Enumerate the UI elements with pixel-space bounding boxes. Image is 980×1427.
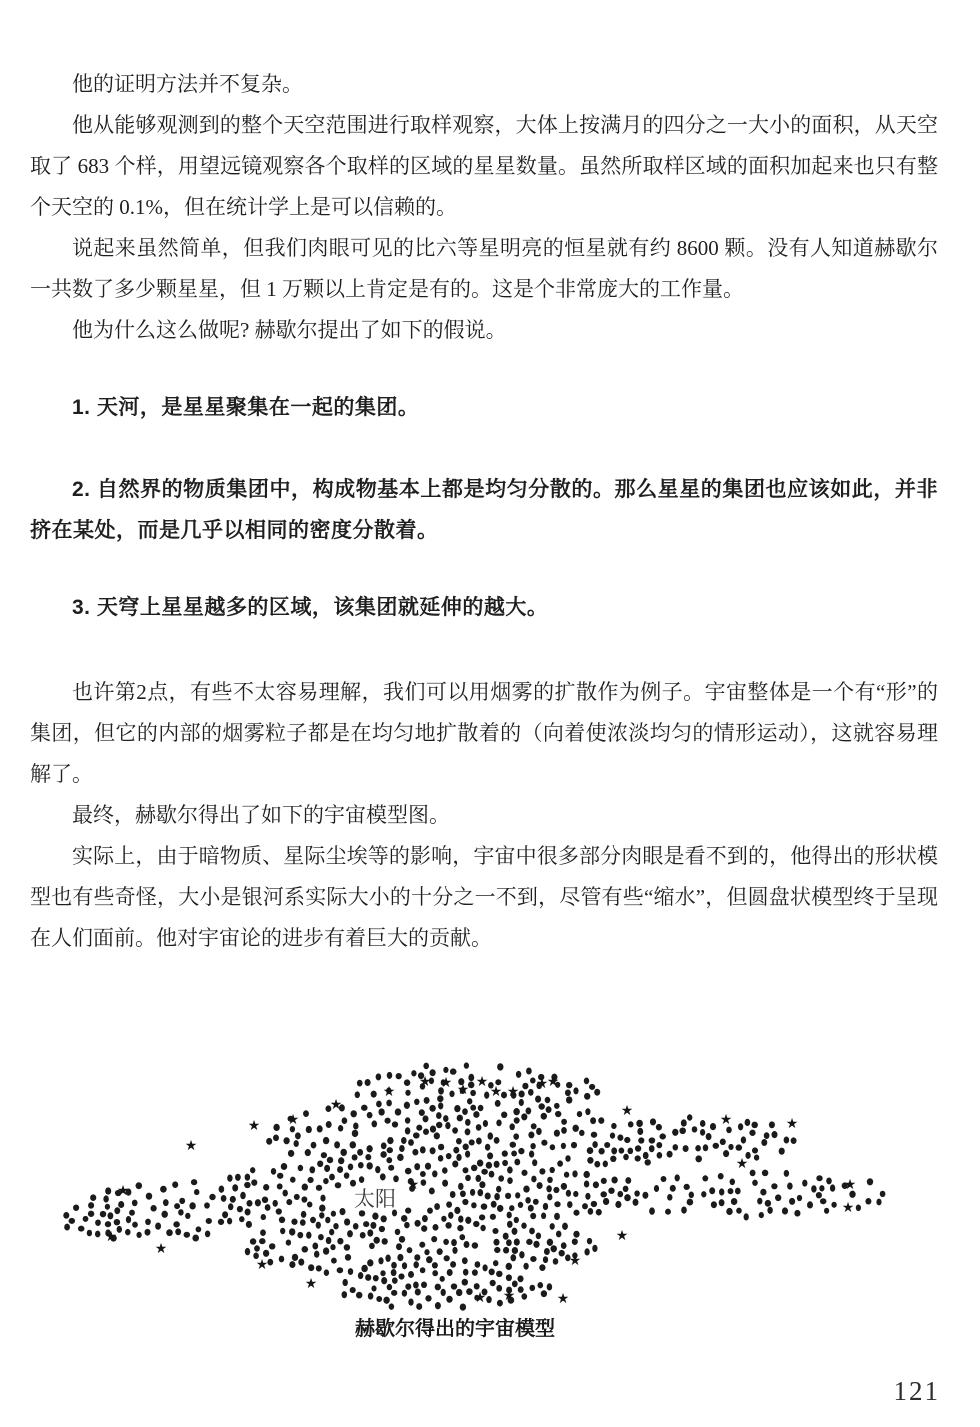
star-dot [760,1189,766,1196]
star-dot [816,1192,822,1198]
star-dot [338,1125,343,1132]
star-dot [603,1161,608,1168]
star-dot [553,1258,559,1265]
star-dot [794,1210,800,1217]
star-dot [681,1207,687,1214]
star-dot [230,1196,236,1203]
star-dot [107,1212,113,1219]
paragraph-7: 实际上，由于暗物质、星际尘埃等的影响，宇宙中很多部分肉眼是看不到的，他得出的形状… [30,836,938,959]
star-dot [471,1165,478,1172]
star-dot [344,1172,350,1179]
star-dot [114,1219,120,1225]
star-dot [271,1168,276,1175]
star-dot [537,1282,543,1288]
star-dot [512,1247,518,1254]
star-dot [367,1112,373,1118]
star-dot [244,1182,251,1188]
star-dot [442,1167,448,1174]
star-dot [452,1247,457,1254]
star-dot [584,1078,589,1085]
star-dot [456,1289,462,1296]
star-dot [797,1195,802,1201]
star-dot [771,1131,777,1138]
star-dot [277,1173,283,1179]
star-dot [826,1177,832,1184]
star-dot [711,1201,717,1208]
star-dot [512,1281,518,1288]
star-dot [318,1234,324,1240]
star-dot [731,1198,738,1205]
star-dot [427,1207,433,1213]
star-dot [445,1122,450,1129]
star-dot [371,1091,377,1098]
star-dot [463,1143,469,1150]
star-dot [205,1231,210,1238]
star-dot [445,1222,451,1229]
star-dot [335,1182,342,1188]
star-dot [545,1097,551,1103]
star-dot [405,1168,412,1175]
star-dot [365,1079,371,1086]
star-dot [867,1178,873,1185]
star-dot [559,1250,565,1257]
star-dot [667,1151,673,1158]
star-dot [730,1179,735,1186]
star-dot [321,1152,327,1158]
star-dot [476,1124,482,1131]
star-dot [566,1096,572,1103]
star-dot [352,1154,358,1160]
star-dot [262,1196,268,1203]
star-dot [526,1067,532,1074]
star-dot [402,1290,407,1297]
edge-star-icon: ★ [383,1084,396,1100]
star-dot [856,1204,861,1211]
star-dot [561,1119,567,1125]
star-dot [719,1188,724,1195]
edge-star-icon: ★ [557,1291,570,1307]
star-dot [342,1291,348,1298]
star-dot [340,1149,347,1156]
star-dot [759,1212,764,1218]
star-dot [426,1256,433,1263]
star-dot [681,1119,687,1126]
star-dot [330,1244,335,1250]
star-dot [771,1183,777,1189]
star-dot [603,1198,609,1205]
star-dot [831,1202,836,1208]
star-dot [105,1204,110,1210]
star-dot [684,1184,690,1190]
star-dot [592,1245,597,1252]
star-dot [350,1110,356,1117]
star-dot [744,1213,749,1220]
star-dot [584,1248,589,1255]
star-dot [769,1121,775,1128]
star-dot [174,1203,180,1209]
star-dot [173,1221,180,1227]
star-dot [529,1285,535,1291]
star-dot [309,1166,315,1173]
star-dot [830,1184,835,1191]
star-dot [69,1218,76,1224]
star-dot [477,1160,483,1167]
star-dot [462,1108,468,1115]
star-dot [561,1127,567,1134]
star-dot [635,1145,641,1151]
star-dot [395,1108,401,1115]
star-dot [380,1270,385,1276]
star-dot [379,1226,385,1232]
star-dot [329,1174,335,1181]
star-dot [539,1168,545,1174]
star-dot [627,1148,633,1155]
star-dot [634,1190,639,1196]
edge-star-icon: ★ [305,1276,318,1292]
star-dot [381,1277,387,1284]
star-dot [320,1195,325,1202]
star-dot [467,1098,472,1104]
star-dot [436,1122,442,1129]
star-dot [487,1152,493,1159]
star-dot [178,1209,184,1215]
star-dot [132,1200,138,1207]
star-dot [329,1229,334,1236]
star-dot [572,1238,578,1244]
star-dot [372,1213,378,1220]
star-dot [345,1254,351,1261]
star-dot [371,1120,377,1127]
star-dot [404,1102,410,1109]
star-dot [422,1215,428,1222]
star-dot [608,1187,614,1193]
star-dot [294,1194,300,1200]
star-dot [473,1111,479,1118]
star-dot [567,1201,572,1208]
star-dot [254,1245,260,1252]
star-dot [624,1194,631,1201]
star-dot [401,1137,407,1144]
star-dot [506,1274,512,1281]
figure-caption: 赫歇尔得出的宇宙模型 [0,1312,910,1341]
star-dot [584,1180,589,1187]
star-dot [590,1117,596,1124]
star-dot [493,1260,498,1266]
star-dot [78,1226,85,1232]
star-dot [269,1243,276,1249]
star-dot [689,1191,694,1198]
star-dot [478,1105,484,1111]
star-dot [401,1215,407,1222]
star-dot [598,1117,604,1124]
star-dot [411,1070,416,1076]
star-dot [209,1194,215,1201]
star-dot [456,1138,462,1144]
star-dot [521,1170,527,1176]
star-dot [623,1154,629,1160]
star-dot [462,1279,468,1286]
edge-star-icon: ★ [720,1112,733,1128]
star-dot [392,1121,398,1127]
star-dot [415,1289,421,1296]
star-dot [146,1193,152,1200]
star-dot [446,1153,452,1159]
star-dot [437,1095,443,1102]
star-dot [695,1145,701,1151]
star-dot [87,1230,92,1237]
star-dot [302,1246,309,1253]
star-dot [492,1228,498,1234]
star-dot [376,1296,382,1302]
star-dot [470,1105,476,1111]
star-dot [316,1265,322,1271]
star-dot [464,1241,470,1248]
star-dot [298,1165,304,1171]
star-dot [453,1147,459,1154]
star-dot [375,1166,380,1173]
star-dot [366,1145,372,1152]
star-dot [331,1258,337,1264]
star-dot [276,1208,282,1214]
star-dot [638,1137,644,1143]
page-number: 121 [894,1376,941,1407]
star-dot [457,1225,463,1231]
star-dot [713,1143,719,1149]
star-dot [791,1137,797,1144]
edge-star-icon: ★ [842,1200,855,1216]
star-dot [105,1221,111,1227]
star-dot [387,1072,393,1079]
star-dot [539,1264,545,1271]
star-dot [391,1269,397,1276]
star-dot [683,1145,689,1152]
star-dot [184,1232,191,1238]
star-dot [518,1090,524,1097]
star-dot [405,1127,411,1134]
edge-star-icon: ★ [457,1082,470,1098]
star-dot [572,1125,579,1132]
star-dot [237,1206,243,1213]
star-dot [528,1131,534,1138]
star-dot [494,1193,500,1200]
star-dot [784,1137,790,1144]
star-dot [441,1289,446,1296]
star-dot [383,1297,389,1304]
star-dot [423,1129,429,1135]
star-dot [358,1162,364,1168]
star-dot [391,1262,397,1269]
star-dot [526,1107,532,1114]
star-dot [728,1188,734,1194]
star-dot [114,1207,120,1214]
star-dot [166,1229,173,1236]
star-dot [544,1248,550,1255]
star-dot [529,1228,535,1235]
star-dot [73,1204,79,1210]
star-dot [476,1137,482,1144]
star-dot [352,1130,359,1137]
star-dot [347,1230,353,1237]
star-dot [386,1157,392,1163]
star-dot [235,1174,241,1181]
star-dot [679,1127,686,1134]
star-dot [692,1126,698,1132]
star-dot [399,1236,405,1243]
paragraph-6: 最终，赫歇尔得出了如下的宇宙模型图。 [30,795,938,836]
star-dot [472,1242,479,1248]
star-dot [541,1213,546,1220]
star-dot [404,1079,410,1086]
star-dot [501,1112,507,1118]
star-dot [703,1144,709,1151]
star-dot [392,1277,398,1284]
star-dot [528,1205,534,1212]
star-dot [458,1215,463,1222]
star-dot [360,1232,366,1238]
star-dot [424,1097,430,1104]
star-dot [386,1100,392,1107]
star-dot [155,1222,161,1229]
star-dot [566,1082,572,1088]
star-dot [408,1298,413,1305]
star-dot [259,1238,266,1244]
star-dot [221,1195,227,1202]
sun-label: 太阳 [354,1187,396,1211]
star-dot [802,1180,807,1187]
star-dot [474,1283,480,1289]
star-dot [656,1124,662,1131]
star-dot [460,1303,466,1310]
star-dot [486,1162,492,1169]
star-dot [175,1228,181,1235]
star-dot [564,1172,569,1178]
star-dot [484,1092,489,1099]
star-dot [432,1262,438,1268]
edge-star-icon: ★ [547,1074,560,1090]
star-dot [407,1247,413,1253]
star-dot [643,1152,649,1159]
star-dot [728,1144,733,1150]
star-dot [265,1204,271,1211]
star-dot [515,1192,520,1198]
star-dot [645,1159,651,1165]
star-dot [702,1175,708,1181]
star-dot [479,1181,485,1188]
star-dot [521,1293,527,1299]
star-dot [239,1216,244,1222]
star-dot [204,1202,210,1208]
star-dot [196,1226,202,1232]
star-dot [585,1193,590,1200]
star-dot [95,1219,101,1225]
star-dot [64,1224,70,1231]
star-dot [749,1130,755,1136]
edge-star-icon: ★ [844,1177,857,1193]
star-dot [511,1150,517,1156]
edge-star-icon: ★ [476,1074,489,1090]
star-dot [438,1155,444,1162]
star-dot [600,1191,607,1197]
star-dot [490,1214,496,1220]
star-dot [435,1302,441,1309]
star-dot [150,1205,156,1211]
star-dot [588,1208,594,1215]
star-dot [397,1254,403,1261]
star-dot [541,1140,547,1146]
star-dot [507,1177,513,1184]
star-dot [587,1157,593,1164]
star-dot [687,1114,692,1120]
star-dot [431,1236,437,1242]
star-dot [486,1296,491,1303]
star-dot [665,1209,671,1215]
star-dot [547,1239,553,1246]
star-dot [762,1170,769,1177]
edge-star-icon: ★ [330,1097,343,1113]
star-dot [337,1166,343,1173]
star-dot [451,1239,457,1246]
star-dot [172,1181,178,1188]
star-dot [554,1103,560,1109]
edge-star-icon: ★ [503,1288,516,1304]
star-dot [489,1171,495,1178]
star-dot [521,1223,526,1229]
star-dot [598,1148,604,1155]
star-dot [506,1239,512,1246]
body-text: 他的证明方法并不复杂。 他从能够观测到的整个天空范围进行取样观察，大体上按满月的… [30,64,938,959]
star-dot [757,1198,762,1205]
star-dot [649,1137,656,1143]
star-dot-diagram: ★★★★★★★★★★★★★★★★★★★★★★★★★★★★★★太阳 [55,1048,935,1348]
star-dot [408,1271,414,1278]
star-dot [194,1189,199,1195]
star-dot [656,1142,662,1148]
star-dot [587,1238,592,1245]
star-dot [619,1147,625,1153]
star-dot [192,1234,199,1241]
star-dot [414,1254,420,1261]
edge-star-icon: ★ [507,1084,520,1100]
star-dot [512,1228,518,1235]
star-dot [754,1155,759,1161]
star-dot [342,1117,348,1124]
star-dot [398,1273,404,1279]
star-dot [385,1255,390,1262]
star-dot [481,1169,488,1175]
star-dot [538,1103,544,1109]
star-dot [145,1219,151,1225]
star-dot [465,1119,471,1126]
star-dot [90,1194,96,1201]
hypothesis-1: 1. 天河，是星星聚集在一起的集团。 [30,387,938,428]
star-dot [787,1183,793,1190]
star-dot [88,1202,94,1209]
star-dot [306,1232,311,1239]
star-dot [359,1210,365,1216]
star-dot [425,1295,431,1301]
star-dot [483,1120,488,1127]
star-dot [300,1219,306,1226]
star-dot [536,1233,541,1240]
star-dot [507,1212,512,1219]
book-page: 他的证明方法并不复杂。 他从能够观测到的整个天空范围进行取样观察，大体上按满月的… [0,0,980,1427]
star-dot [623,1186,629,1192]
star-dot [611,1147,617,1154]
star-dot [370,1222,376,1229]
star-dot [317,1160,323,1167]
star-dot [421,1225,427,1232]
star-dot [610,1132,615,1138]
